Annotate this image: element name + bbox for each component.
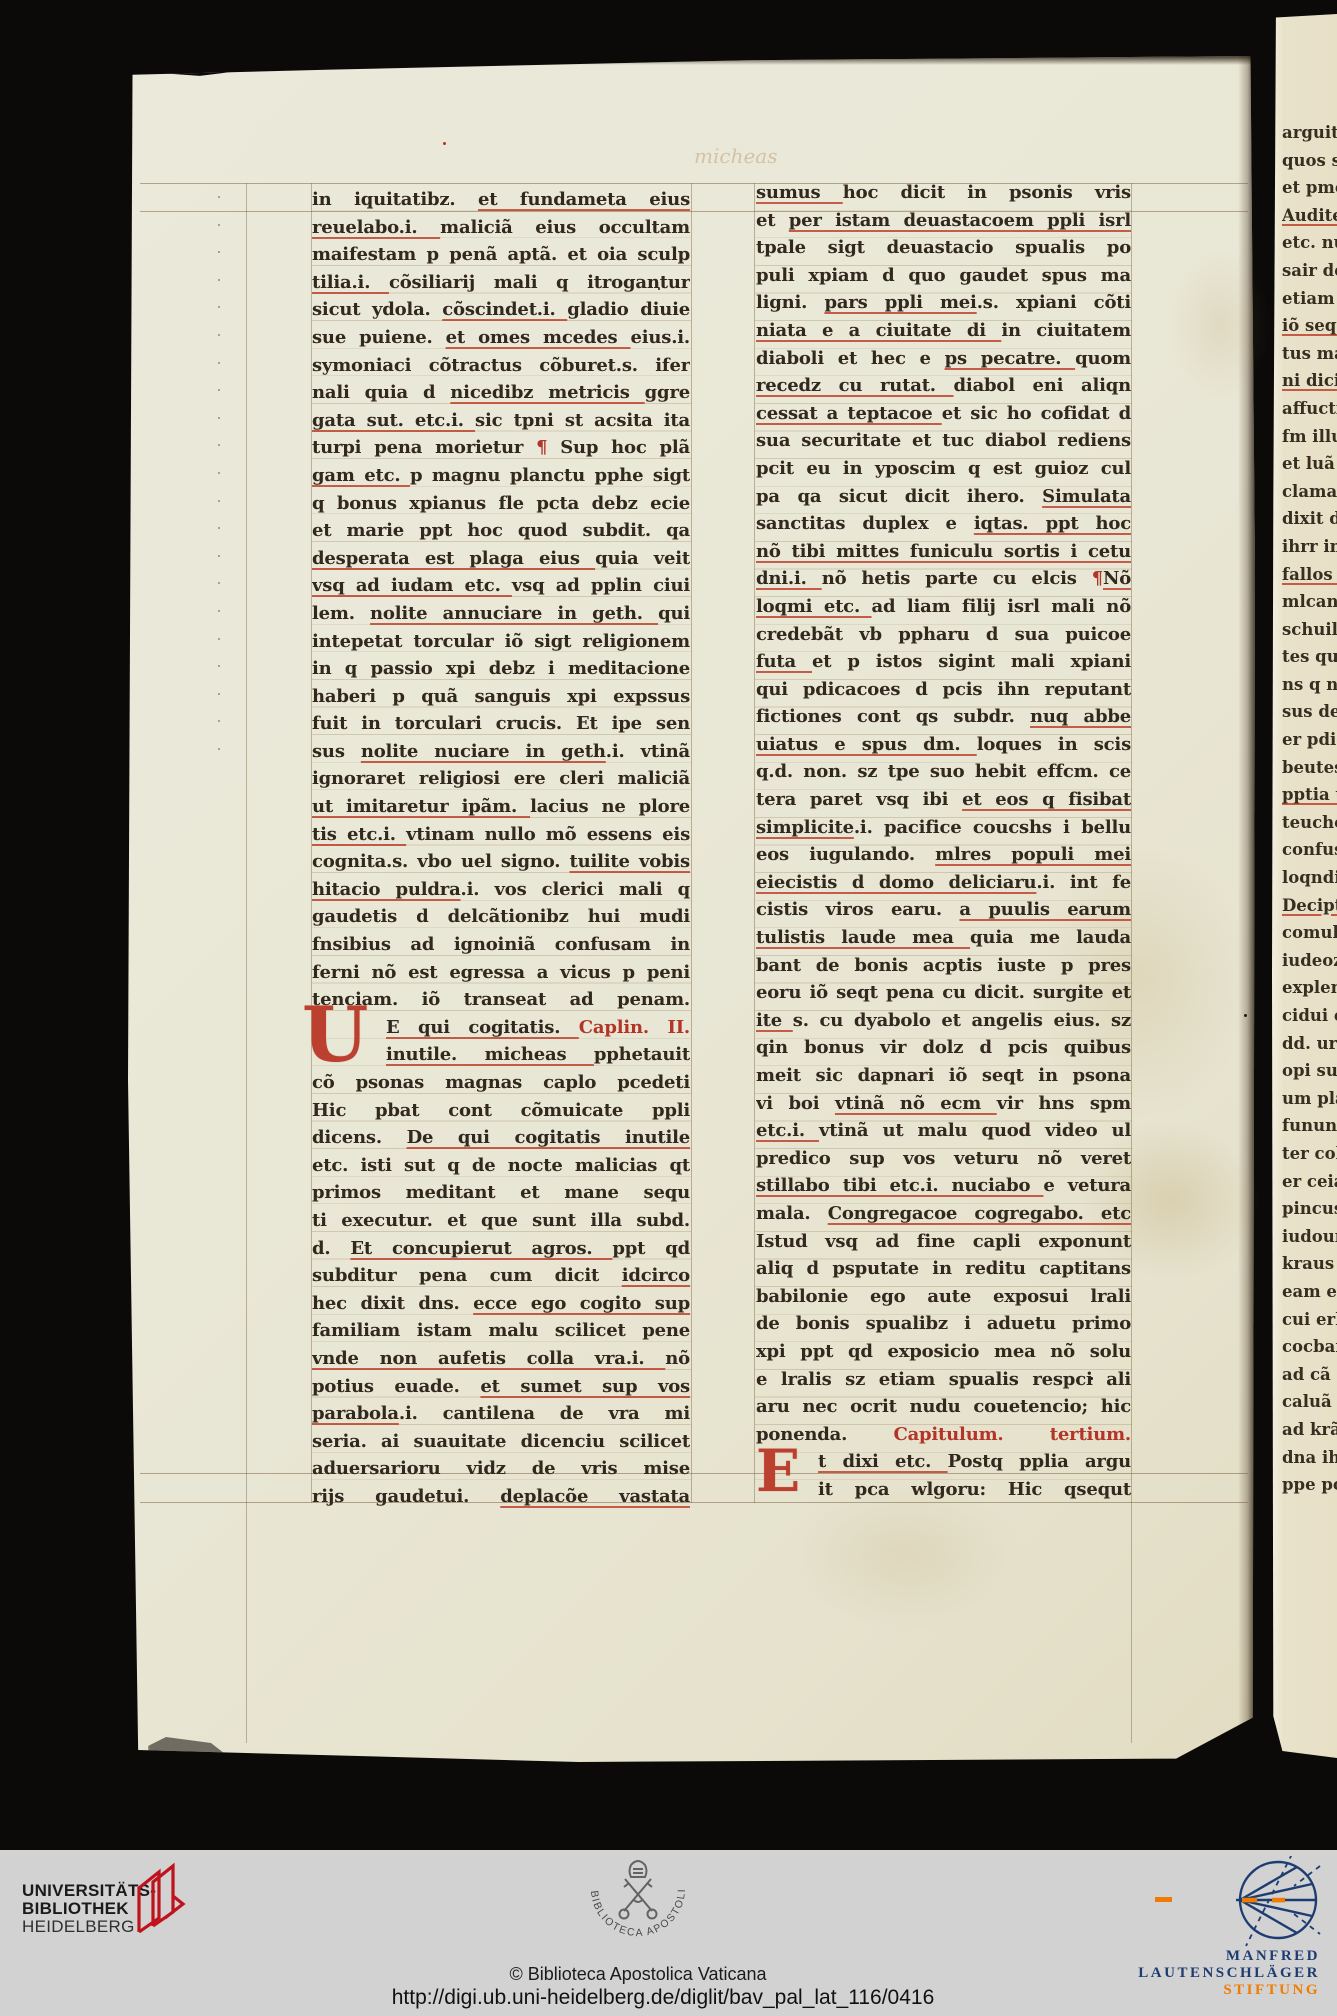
facing-fragment-line: sus debat: [1282, 698, 1337, 726]
manuscript-line: sua securitate et tuc diabol rediens: [756, 427, 1131, 455]
facing-fragment-line: dixit dns: [1282, 505, 1337, 533]
facing-fragment-line: ad krãm: [1282, 1416, 1337, 1444]
manuscript-line: simplicite.i. pacifice coucshs i bellu: [756, 814, 1131, 842]
facing-fragment-line: ppe pora: [1282, 1471, 1337, 1499]
manuscript-line: E qui cogitatis. Caplin. II.: [312, 1014, 690, 1042]
manuscript-line: ite s. cu dyabolo et angelis eius. sz: [756, 1007, 1131, 1035]
manuscript-line: cessat a teptacoe et sic ho cofidat d: [756, 400, 1131, 428]
facing-fragment-line: opi supl: [1282, 1057, 1337, 1085]
manuscript-line: recedz cu rutat. diabol eni aliqn: [756, 372, 1131, 400]
pricking-dot: [218, 748, 220, 750]
text-column-left: in iquitatibz. et fundameta eiusreuelabo…: [312, 186, 690, 1511]
manuscript-line: sumus hoc dicit in psonis vris: [756, 179, 1131, 207]
manuscript-line: inutile. micheas pphetauit: [312, 1041, 690, 1069]
manuscript-line: nõ tibi mittes funiculu sortis i cetu: [756, 538, 1131, 566]
facing-fragment-line: ad cã: [1282, 1361, 1337, 1389]
red-pricking-dot: [443, 142, 446, 145]
facing-fragment-line: confusion: [1282, 836, 1337, 864]
manuscript-line: in q passio xpi debz i meditacione: [312, 655, 690, 683]
pricking-dot: [218, 279, 220, 281]
manuscript-line: rijs gaudetui. deplacõe vastata: [312, 1483, 690, 1511]
manuscript-line: q bonus xpianus fle pcta debz ecie: [312, 490, 690, 518]
facing-fragment-line: quos sigin: [1282, 147, 1337, 175]
facing-fragment-line: et pmo ar: [1282, 174, 1337, 202]
manuscript-line: primos meditant et mane sequ: [312, 1179, 690, 1207]
manuscript-line: stillabo tibi etc.i. nuciabo e vetura: [756, 1172, 1131, 1200]
manuscript-line: puli xpiam d quo gaudet spus ma: [756, 262, 1131, 290]
manuscript-line: sus nolite nuciare in geth.i. vtinã: [312, 738, 690, 766]
manuscript-line: et per istam deuastacoem ppli isrl: [756, 207, 1131, 235]
manuscript-line: familiam istam malu scilicet pene: [312, 1317, 690, 1345]
facing-fragment-line: pincus. le: [1282, 1195, 1337, 1223]
facing-fragment-line: comuler: [1282, 919, 1337, 947]
facing-fragment-line: et luã a: [1282, 450, 1337, 478]
burnt-top-edge: [128, 56, 1255, 65]
manuscript-line: parabola.i. cantilena de vra mi: [312, 1400, 690, 1428]
ruling-line: [691, 183, 692, 1503]
pricking-dot: [218, 334, 220, 336]
manuscript-line: futa et p istos sigint mali xpiani: [756, 648, 1131, 676]
manuscript-line: ferni nõ est egressa a vicus p peni: [312, 959, 690, 987]
manuscript-line: qui pdicacoes d pcis ihn reputant: [756, 676, 1131, 704]
manuscript-line: reuelabo.i. maliciã eius occultam: [312, 214, 690, 242]
vatican-library-seal-icon: BIBLIOTECA APOSTOLICA VATICANA: [577, 1849, 699, 1963]
manuscript-line: eiecistis d domo deliciaru.i. int fe: [756, 869, 1131, 897]
manuscript-line: tilia.i. cõsiliarij mali q itrogantur: [312, 269, 690, 297]
pricking-dot: [218, 500, 220, 502]
manuscript-line: loqmi etc. ad liam filij isrl mali nõ: [756, 593, 1131, 621]
manuscript-line: cõ psonas magnas caplo pcedeti: [312, 1069, 690, 1097]
manuscript-line: aduersarioru vidz de vris mise: [312, 1455, 690, 1483]
manuscript-line: fnsibius ad ignoiniã confusam in: [312, 931, 690, 959]
facing-fragment-line: beuteseni: [1282, 754, 1337, 782]
facing-fragment-line: dd. ur an: [1282, 1030, 1337, 1058]
scan-viewer: { "colors": { "parchment": "#e9e7d6", "i…: [0, 0, 1337, 2016]
manuscript-line: hec dixit dns. ecce ego cogito sup: [312, 1290, 690, 1318]
lautenschlaeger-stiftung-wordmark: MANFRED LAUTENSCHLÄGER STIFTUNG: [1138, 1948, 1320, 1999]
facing-fragment-line: ter coluu: [1282, 1140, 1337, 1168]
manuscript-line: hitacio puldra.i. vos clerici mali q: [312, 876, 690, 904]
pricking-dot: [218, 693, 220, 695]
source-url: http://digi.ub.uni-heidelberg.de/diglit/…: [0, 1986, 1326, 2010]
facing-fragment-line: fallos vct: [1282, 561, 1337, 589]
orange-dash: [1155, 1897, 1172, 1902]
manuscript-line: sue puiene. et omes mcedes eius.i.: [312, 324, 690, 352]
manuscript-line: intepetat torcular iõ sigt religionem: [312, 628, 690, 656]
manuscript-line: potius euade. et sumet sup vos: [312, 1373, 690, 1401]
facing-fragment-line: etc. nuq: [1282, 229, 1337, 257]
manuscript-line: tulistis laude mea quia me lauda: [756, 924, 1131, 952]
facing-fragment-line: Audite pin: [1282, 202, 1337, 230]
facing-fragment-line: clamabur: [1282, 478, 1337, 506]
text-column-right: sumus hoc dicit in psonis vriset per ist…: [756, 179, 1131, 1504]
ruling-line: [246, 183, 247, 1743]
facing-fragment-line: cocbant: [1282, 1333, 1337, 1361]
manuscript-line: Istud vsq ad fine capli exponunt: [756, 1228, 1131, 1256]
manuscript-line: gam etc. p magnu planctu pphe sigt: [312, 462, 690, 490]
manuscript-line: e lralis sz etiam spualis respci ali: [756, 1366, 1131, 1394]
pricking-dot: [218, 362, 220, 364]
pricking-dot: [218, 196, 220, 198]
manuscript-line: nali quia d nicedibz metricis ggre: [312, 379, 690, 407]
manuscript-line: et marie ppt hoc quod subdit. qa: [312, 517, 690, 545]
facing-fragment-line: fm illud p: [1282, 423, 1337, 451]
facing-fragment-line: funun. d: [1282, 1112, 1337, 1140]
manuscript-line: diaboli et hec e ps pecatre. quom: [756, 345, 1131, 373]
manuscript-line: fictiones cont qs subdr. nuq abbe: [756, 703, 1131, 731]
facing-fragment-line: explens s: [1282, 974, 1337, 1002]
manuscript-line: haberi p quã sanguis xpi expssus: [312, 683, 690, 711]
parchment-stain: [1170, 250, 1270, 400]
facing-fragment-line: ni dicitur t: [1282, 367, 1337, 395]
facing-fragment-line: um plat: [1282, 1085, 1337, 1113]
pricking-dot: [218, 224, 220, 226]
manuscript-line: fuit in torculari crucis. Et ipe sen: [312, 710, 690, 738]
manuscript-line: meit sic dapnari iõ seqt in psona: [756, 1062, 1131, 1090]
manuscript-line: pa qa sicut dicit ihero. Simulata: [756, 483, 1131, 511]
manuscript-line: d. Et concupierut agros. ppt qd: [312, 1235, 690, 1263]
vatican-copyright: © Biblioteca Apostolica Vaticana: [0, 1964, 1276, 1985]
mls-line2: LAUTENSCHLÄGER: [1138, 1965, 1320, 1982]
manuscript-line: seria. ai suauitate dicenciu scilicet: [312, 1428, 690, 1456]
pricking-dot: [218, 417, 220, 419]
pricking-dot: [218, 555, 220, 557]
ub-heidelberg-logo-icon: [135, 1862, 187, 1940]
manuscript-line: de bonis spualibz i aduetu primo: [756, 1310, 1131, 1338]
manuscript-line: Hic pbat cont cõmuicate ppli: [312, 1097, 690, 1125]
facing-fragment-line: mlcane k: [1282, 588, 1337, 616]
manuscript-line: q.d. non. sz tpe suo hebit effcm. ce: [756, 758, 1131, 786]
pricking-dot: [218, 638, 220, 640]
lombard-initial-et: E: [756, 1444, 800, 1498]
manuscript-line: eoru iõ seqt pena cu dicit. surgite et: [756, 979, 1131, 1007]
manuscript-line: vi boi vtinã nõ ecm vir hns spm: [756, 1090, 1131, 1118]
corner-stain: [148, 1734, 238, 1764]
facing-fragment-line: sair deben: [1282, 257, 1337, 285]
manuscript-line: etc. isti sut q de nocte malicias qt: [312, 1152, 690, 1180]
pricking-dot: [218, 472, 220, 474]
facing-page-text-fragments: arguit pnquos siginet pmo arAudite pinet…: [1282, 119, 1337, 1539]
manuscript-line: cognita.s. vbo uel signo. tuilite vobis: [312, 848, 690, 876]
manuscript-line: pcit eu in yposcim q est guioz cul: [756, 455, 1131, 483]
manuscript-line: dni.i. nõ hetis parte cu elcis ¶Nõ: [756, 565, 1131, 593]
manuscript-line: vsq ad iudam etc. vsq ad pplin ciui: [312, 572, 690, 600]
facing-fragment-line: tus mali: [1282, 340, 1337, 368]
manuscript-line: it pca wlgoru: Hic qsequt: [756, 1476, 1131, 1504]
manuscript-line: tera paret vsq ibi et eos q fisibat: [756, 786, 1131, 814]
manuscript-line: aru nec ocrit nudu couetencio; hic: [756, 1393, 1131, 1421]
pricking-dot: [218, 610, 220, 612]
facing-fragment-line: eam eun: [1282, 1278, 1337, 1306]
manuscript-line: desperata est plaga eius quia veit: [312, 545, 690, 573]
lombard-initial-vae: U: [302, 1002, 368, 1068]
manuscript-line: credebãt vb ppharu d sua puicoe: [756, 621, 1131, 649]
manuscript-line: in iquitatibz. et fundameta eius: [312, 186, 690, 214]
running-title-showthrough: micheas: [694, 144, 777, 168]
manuscript-line: bant de bonis acptis iuste p pres: [756, 952, 1131, 980]
manuscript-line: dicens. De qui cogitatis inutile: [312, 1124, 690, 1152]
manuscript-line: niata e a ciuitate di in ciuitatem: [756, 317, 1131, 345]
manuscript-line: turpi pena morietur ¶ Sup hoc plã: [312, 434, 690, 462]
manuscript-line: vnde non aufetis colla vra.i. nõ: [312, 1345, 690, 1373]
manuscript-line: t dixi etc. Postq pplia argu: [756, 1448, 1131, 1476]
facing-fragment-line: teuchole: [1282, 809, 1337, 837]
facing-fragment-line: kraus sh: [1282, 1250, 1337, 1278]
facing-fragment-line: iudouni. a: [1282, 1223, 1337, 1251]
manuscript-line: ti executur. et que sunt illa subd.: [312, 1207, 690, 1235]
facing-fragment-line: ns q nõ e: [1282, 671, 1337, 699]
manuscript-line: predico sup vos veturu nõ veret: [756, 1145, 1131, 1173]
manuscript-line: babilonie ego aute exposui lrali: [756, 1283, 1131, 1311]
facing-fragment-line: er ceiasse: [1282, 1168, 1337, 1196]
facing-fragment-line: loqndi d: [1282, 864, 1337, 892]
manuscript-line: symoniaci cõtractus cõburet.s. ifer: [312, 352, 690, 380]
manuscript-line: aliq d psputate in reditu captitans: [756, 1255, 1131, 1283]
manuscript-line: uiatus e spus dm. loques in scis: [756, 731, 1131, 759]
facing-fragment-line: er pdicana: [1282, 726, 1337, 754]
manuscript-line: ponenda. Capitulum. tertium.: [756, 1421, 1131, 1449]
manuscript-line: qin bonus vir dolz d pcis quibus: [756, 1034, 1131, 1062]
facing-fragment-line: iõ sequt. q: [1282, 312, 1337, 340]
manuscript-line: lem. nolite annuciare in geth. qui: [312, 600, 690, 628]
ink-speck: [1244, 1014, 1247, 1017]
facing-fragment-line: tes que: [1282, 643, 1337, 671]
manuscript-line: ut imitaretur ipãm. lacius ne plore: [312, 793, 690, 821]
manuscript-line: ignoraret religiosi ere cleri maliciã: [312, 765, 690, 793]
facing-fragment-line: caluã vul: [1282, 1388, 1337, 1416]
manuscript-line: mala. Congregacoe cogregabo. etc: [756, 1200, 1131, 1228]
manuscript-line: ligni. pars ppli mei.s. xpiani cõti: [756, 289, 1131, 317]
manuscript-line: xpi ppt qd exposicio mea nõ solu: [756, 1338, 1131, 1366]
mls-line1: MANFRED: [1138, 1948, 1320, 1965]
facing-fragment-line: etiam pra: [1282, 285, 1337, 313]
manuscript-line: eos iugulando. mlres populi mei: [756, 841, 1131, 869]
manuscript-line: etc.i. vtinã ut malu quod video ul: [756, 1117, 1131, 1145]
manuscript-line: subditur pena cum dicit idcirco: [312, 1262, 690, 1290]
manuscript-line: sanctitas duplex e iqtas. ppt hoc: [756, 510, 1131, 538]
manuscript-line: gata sut. etc.i. sic tpni st acsita ita: [312, 407, 690, 435]
facing-fragment-line: cidui con: [1282, 1002, 1337, 1030]
manuscript-line: gaudetis d delcãtionibz hui mudi: [312, 903, 690, 931]
facing-fragment-line: cui erlai: [1282, 1306, 1337, 1334]
facing-fragment-line: affuctione: [1282, 395, 1337, 423]
torn-corner: [120, 52, 330, 78]
manuscript-line: sicut ydola. cõscindet.i. gladio diuie: [312, 296, 690, 324]
manuscript-line: maifestam p penã aptã. et oia sculp: [312, 241, 690, 269]
lautenschlaeger-stiftung-logo-icon: [1232, 1856, 1324, 1948]
facing-fragment-line: iudeoz a: [1282, 947, 1337, 975]
facing-fragment-line: dna iher: [1282, 1444, 1337, 1472]
manuscript-line: cistis viros earu. a puulis earum: [756, 896, 1131, 924]
facing-fragment-line: pptia uoe: [1282, 781, 1337, 809]
facing-fragment-line: schuilt p: [1282, 616, 1337, 644]
mls-line3: STIFTUNG: [1138, 1982, 1320, 1999]
footer-bar: UNIVERSITÄTS- BIBLIOTHEK HEIDELBERG BIBL…: [0, 1850, 1337, 2016]
facing-fragment-line: ihrr in: [1282, 533, 1337, 561]
manuscript-line: tis etc.i. vtinam nullo mõ essens eis: [312, 821, 690, 849]
facing-fragment-line: arguit pn: [1282, 119, 1337, 147]
facing-fragment-line: Decipta: [1282, 892, 1337, 920]
manuscript-line: tenciam. iõ transeat ad penam.: [312, 986, 690, 1014]
manuscript-line: tpale sigt deuastacio spualis po: [756, 234, 1131, 262]
